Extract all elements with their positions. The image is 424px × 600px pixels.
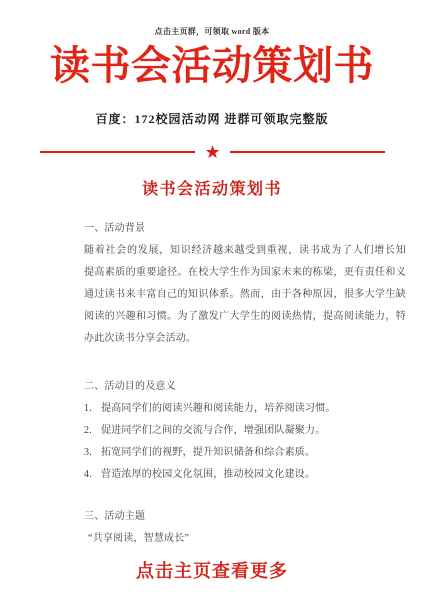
list-item-number: 3.	[84, 442, 101, 464]
list-item-text: 促进同学们之间的交流与合作，增强团队凝聚力。	[101, 425, 325, 436]
list-item: 2.促进同学们之间的交流与合作，增强团队凝聚力。	[84, 420, 406, 442]
list-item-text: 营造浓厚的校园文化氛围，推动校园文化建设。	[101, 469, 315, 480]
paragraph-line: 办此次读书分享会活动。	[84, 328, 406, 350]
document-body: 一、活动背景 随着社会的发展，知识经济越来越受到重视，读书成为了人们增长知识、 …	[84, 218, 406, 543]
divider-line-left	[40, 151, 195, 153]
document-preview: 点击主页群，可领取 word 版本 读书会活动策划书 百度：172校园活动网 进…	[0, 0, 424, 543]
footer-link[interactable]: 点击主页查看更多	[0, 557, 424, 583]
list-item-text: 提高同学们的阅读兴趣和阅读能力，培养阅读习惯。	[101, 403, 336, 414]
paragraph-line: 随着社会的发展，知识经济越来越受到重视，读书成为了人们增长知识、	[84, 240, 406, 262]
document-page: 点击主页群，可领取 word 版本 读书会活动策划书 百度：172校园活动网 进…	[0, 0, 424, 600]
list-item-text: 拓宽同学们的视野，提升知识储备和综合素质。	[101, 447, 315, 458]
document-title: 读书会活动策划书	[0, 176, 424, 199]
paragraph-line: 通过读书来丰富自己的知识体系。然而，由于各种原因，很多大学生缺乏	[84, 284, 406, 306]
list-item-number: 2.	[84, 420, 101, 442]
list-item-number: 4.	[84, 464, 101, 486]
list-item: 1.提高同学们的阅读兴趣和阅读能力，培养阅读习惯。	[84, 398, 406, 420]
star-divider: ★	[40, 142, 385, 162]
top-note-text: 点击主页群，可领取 word 版本	[0, 26, 424, 37]
main-title: 读书会活动策划书	[0, 40, 424, 92]
theme-quote: “共享阅读，智慧成长”	[84, 528, 406, 543]
section-2-heading: 二、活动目的及意义	[84, 376, 406, 398]
source-line: 百度：172校园活动网 进群可领取完整版	[0, 110, 424, 127]
paragraph-line: 提高素质的重要途径。在校大学生作为国家未来的栋梁，更有责任和义务	[84, 262, 406, 284]
section-1-heading: 一、活动背景	[84, 218, 406, 240]
section-3-heading: 三、活动主题	[84, 506, 406, 528]
list-item: 4.营造浓厚的校园文化氛围，推动校园文化建设。	[84, 464, 406, 486]
paragraph-line: 阅读的兴趣和习惯。为了激发广大学生的阅读热情，提高阅读能力，特举	[84, 306, 406, 328]
list-item-number: 1.	[84, 398, 101, 420]
star-icon: ★	[204, 142, 220, 162]
list-item: 3.拓宽同学们的视野，提升知识储备和综合素质。	[84, 442, 406, 464]
divider-line-right	[230, 151, 385, 153]
